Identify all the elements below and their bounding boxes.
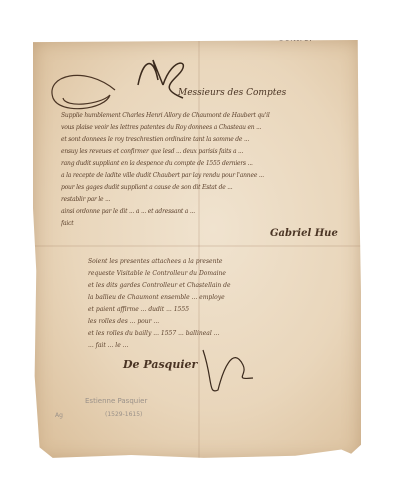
body-line: a la recepte de ladite ville dudit Chaub… — [61, 172, 361, 179]
signature-flourish-icon — [193, 340, 263, 400]
body-line: ainsi ordonne par le dit ... a ... et ad… — [61, 208, 361, 215]
pencil-note-dates: (1529-1615) — [105, 411, 142, 418]
body-line: Supplie humblement Charles Henri Allory … — [61, 112, 361, 119]
corner-annotation: Contrer — [278, 34, 314, 44]
annotation-line: la ballieu de Chaumont ensemble ... empl… — [88, 294, 298, 301]
body-line: restablir par le ... — [61, 196, 361, 203]
manuscript-page: Contrer Messieurs des Comptes Supplie hu… — [33, 40, 361, 460]
pencil-note-name: Estienne Pasquier — [85, 397, 147, 405]
body-line: et sont donnees le roy treschrestien ord… — [61, 136, 361, 143]
horizontal-fold-crease — [33, 245, 361, 247]
letter-heading: Messieurs des Comptes — [178, 88, 286, 98]
annotation-line: et les rolles du bailly ... 1557 ... bal… — [88, 330, 298, 337]
signature-first: Gabriel Hue — [270, 228, 338, 239]
body-line: rang dudit suppliant en la despence du c… — [61, 160, 361, 167]
body-line: ensuy les reveues et confirmer que lesd … — [61, 148, 361, 155]
pencil-note-mark: Ag — [55, 412, 63, 419]
signature-second: De Pasquier — [123, 358, 197, 371]
annotation-line: les rolles des ... pour ... — [88, 318, 298, 325]
annotation-line: Soient les presentes attachees a la pres… — [88, 258, 298, 265]
annotation-line: et les dits gardes Controlleur et Chaste… — [88, 282, 298, 289]
body-line: faict — [61, 220, 361, 227]
body-line: pour les gages dudit suppliant a cause d… — [61, 184, 361, 191]
annotation-line: requeste Visitable le Controlleur du Dom… — [88, 270, 298, 277]
body-line: vous plaise veoir les lettres patentes d… — [61, 124, 361, 131]
flourish-left-icon — [45, 60, 125, 120]
annotation-line: et paient affirme ... dudit ... 1555 — [88, 306, 298, 313]
